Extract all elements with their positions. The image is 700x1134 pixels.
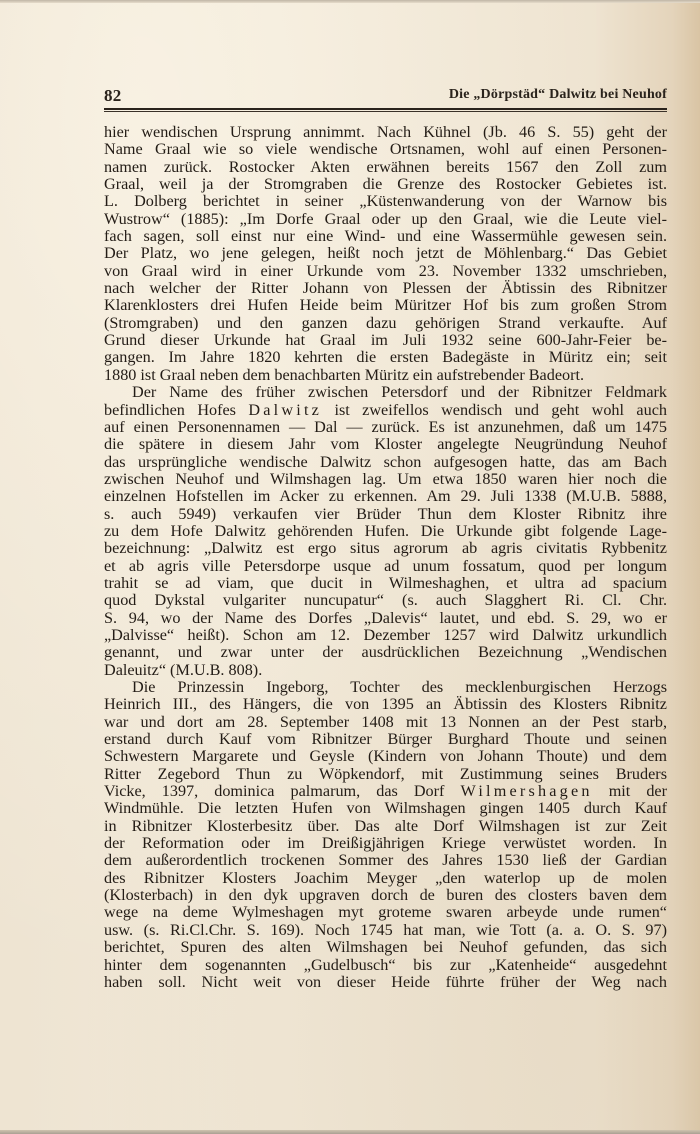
text-line: (Klosterbach) in den dyk upgraven dorch …: [104, 887, 667, 904]
text-line: befindlichen Hofes Dalwitz ist zweifello…: [104, 402, 667, 419]
text-line: Ritter Zegebord Thun zu Wöpkendorf, mit …: [104, 766, 667, 783]
text-line: Wustrow“ (1885): „Im Dorfe Graal oder up…: [104, 211, 667, 228]
text-line: hinter dem sogenannten „Gudelbusch“ bis …: [104, 957, 667, 974]
letterspaced-placename: Wilmershagen: [460, 782, 592, 800]
book-page: 82 Die „Dörpstäd“ Dalwitz bei Neuhof hie…: [0, 0, 700, 1134]
text-line: genannt, und zwar unter der ausdrücklich…: [104, 644, 667, 661]
text-line: Graal, weil ja der Stromgraben die Grenz…: [104, 176, 667, 193]
text-line: in Ribnitzer Klosterbesitz über. Das alt…: [104, 818, 667, 835]
text-line: erstand durch Kauf vom Ribnitzer Bürger …: [104, 731, 667, 748]
text-line: Klarenklosters drei Hufen Heide beim Mür…: [104, 297, 667, 314]
text-line: gangen. Im Jahre 1820 kehrten die ersten…: [104, 349, 667, 366]
text-line: die spätere in diesem Jahr vom Kloster a…: [104, 436, 667, 453]
text-line: zwischen Neuhof und Wilmshagen lag. Um e…: [104, 471, 667, 488]
text-line: der Reformation oder im Dreißigjährigen …: [104, 835, 667, 852]
header-rule-thin: [104, 111, 667, 112]
text-line: 1880 ist Graal neben dem benachbarten Mü…: [104, 367, 667, 384]
running-title: Die „Dörpstäd“ Dalwitz bei Neuhof: [449, 87, 667, 103]
text-line: namen zurück. Rostocker Akten erwähnen b…: [104, 159, 667, 176]
body-text: hier wendischen Ursprung annimmt. Nach K…: [104, 124, 667, 991]
text-line: S. 94, wo der Name des Dorfes „Dalevis“ …: [104, 610, 667, 627]
text-line: L. Dolberg berichtet in seiner „Küstenwa…: [104, 193, 667, 210]
text-line: nach welcher der Ritter Johann von Pless…: [104, 280, 667, 297]
text-line: (Stromgraben) und den ganzen dazu gehöri…: [104, 315, 667, 332]
text-line: des Ribnitzer Klosters Joachim Meyger „d…: [104, 870, 667, 887]
paragraph-first-line: Die Prinzessin Ingeborg, Tochter des mec…: [104, 679, 667, 696]
page-header: 82 Die „Dörpstäd“ Dalwitz bei Neuhof: [104, 86, 667, 106]
text-line: quod Dykstal vulgariter nuncupatur“ (s. …: [104, 592, 667, 609]
text-segment: ist zweifellos wendisch und geht wohl au…: [322, 401, 667, 419]
text-line: dem außerordentlich trockenen Sommer des…: [104, 852, 667, 869]
text-line: berichtet, Spuren des alten Wilmshagen b…: [104, 939, 667, 956]
paragraph-first-line: Der Name des früher zwischen Petersdorf …: [104, 384, 667, 401]
text-line: Vicke, 1397, dominica palmarum, das Dorf…: [104, 783, 667, 800]
page-number: 82: [104, 86, 122, 106]
text-line: das ursprüngliche wendische Dalwitz scho…: [104, 454, 667, 471]
text-line: haben soll. Nicht weit von dieser Heide …: [104, 974, 667, 991]
text-line: Grund dieser Urkunde hat Graal im Juli 1…: [104, 332, 667, 349]
text-line: et ab agris ville Petersdorpe usque ad u…: [104, 558, 667, 575]
text-line: Windmühle. Die letzten Hufen von Wilmsha…: [104, 800, 667, 817]
text-line: Name Graal wie so viele wendische Ortsna…: [104, 141, 667, 158]
text-line: auf einen Personennamen — Dal — zurück. …: [104, 419, 667, 436]
text-line: war und dort am 28. September 1408 mit 1…: [104, 714, 667, 731]
letterspaced-placename: Dalwitz: [248, 401, 322, 419]
text-line: fach sagen, soll einst nur eine Wind- un…: [104, 228, 667, 245]
text-line: einzelnen Hofstellen im Acker zu erkenne…: [104, 488, 667, 505]
text-line: usw. (s. Ri.Cl.Chr. S. 169). Noch 1745 h…: [104, 922, 667, 939]
text-line: wege na deme Wylmeshagen myt groteme swa…: [104, 904, 667, 921]
text-line: zu dem Hofe Dalwitz gehörenden Hufen. Di…: [104, 523, 667, 540]
text-line: hier wendischen Ursprung annimmt. Nach K…: [104, 124, 667, 141]
text-line: Heinrich III., des Hängers, die von 1395…: [104, 696, 667, 713]
text-segment: mit der: [593, 782, 667, 800]
text-segment: befindlichen Hofes: [104, 401, 248, 419]
text-line: Der Platz, wo jene gelegen, heißt noch j…: [104, 245, 667, 262]
text-segment: Vicke, 1397, dominica palmarum, das Dorf: [104, 782, 460, 800]
text-line: Schwestern Margarete und Geysle (Kindern…: [104, 748, 667, 765]
text-line: von Graal wird in einer Urkunde vom 23. …: [104, 263, 667, 280]
text-line: Daleuitz“ (M.U.B. 808).: [104, 662, 667, 679]
header-rule: [104, 108, 667, 113]
text-line: trahit se ad viam, que ducit in Wilmesha…: [104, 575, 667, 592]
text-line: „Dalvisse“ heißt). Schon am 12. Dezember…: [104, 627, 667, 644]
text-line: bezeichnung: „Dalwitz est ergo situs agr…: [104, 540, 667, 557]
text-line: s. auch 5949) verkaufen vier Brüder Thun…: [104, 506, 667, 523]
